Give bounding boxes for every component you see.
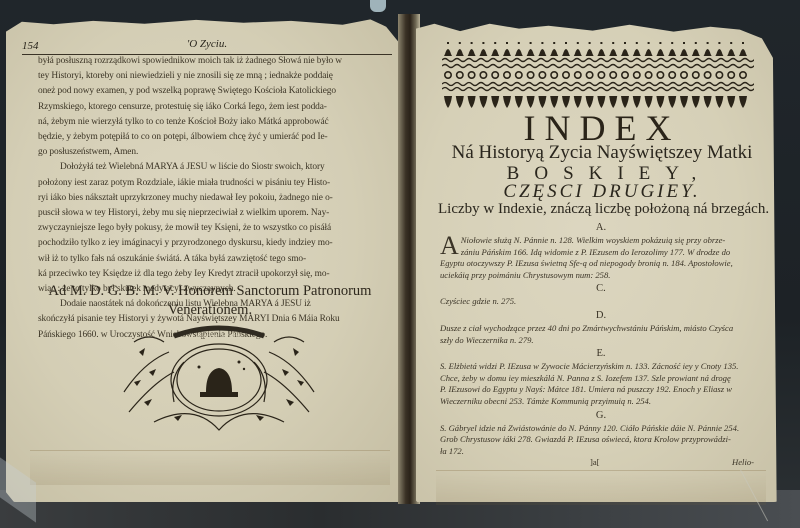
index-entry-line: ła 172. <box>440 446 762 458</box>
index-section: ANiołowie służą N. Pánnie n. 128. Wielki… <box>440 235 762 281</box>
index-section: Dusze z ciał wychodzące przez 40 dni po … <box>440 323 762 346</box>
index-entry-line: Wieczerniku obecni 253. Támże Kommunią p… <box>440 396 762 408</box>
index-entry-line: Czyściec gdzie n. 275. <box>440 296 762 308</box>
running-head: 154 'O Zyciu. <box>22 40 392 55</box>
dedication-line: Ad M. D. G. B. M. V. Honorem Sanctorum P… <box>30 282 390 301</box>
woodcut-vignette: sis. aegrisq. laboris <box>114 322 324 434</box>
water-stain <box>436 470 766 505</box>
index-entry-line: zániu Páńskim 166. Idą widomie z P. IEzu… <box>461 247 762 259</box>
page-footer: ]a[ Helio- <box>440 457 762 469</box>
text-line: zwyczayniejsze Iego były pokusy, że mowi… <box>38 221 390 236</box>
text-line: wił iż to tylko fałs ná oszukánie świátá… <box>38 252 390 267</box>
index-letter-heading: D. <box>440 308 762 323</box>
text-line: byłá posłuszną rozrządkowi spowiednikow … <box>38 54 390 69</box>
text-line: ná, żebym nie wierzyłá tylko to co tenże… <box>38 115 390 130</box>
index-entry-line: Chce, żeby w domu iey mieszkálá N. Panna… <box>440 373 762 385</box>
index-entry-line: S. Elżbietá widzi P. IEzusa w Zywocie Má… <box>440 361 762 373</box>
index-entry-line: szły do Wieczernika n. 279. <box>440 335 762 347</box>
index-letter-heading: E. <box>440 346 762 361</box>
index-letter-heading: G. <box>440 408 762 423</box>
index-section: S. Elżbietá widzi P. IEzusa w Zywocie Má… <box>440 361 762 407</box>
index-entry-line: uciekáią przy poimániu Chrystusowym num:… <box>440 270 762 282</box>
drop-cap: A <box>440 235 459 257</box>
printers-ornament-band <box>442 42 754 110</box>
text-line: położony iest zaraz potym Rozdziale, iák… <box>38 176 390 191</box>
text-line: puscił słowa w tey Historyi, żeby mu się… <box>38 206 390 221</box>
index-entries: A.ANiołowie służą N. Pánnie n. 128. Wiel… <box>440 220 762 457</box>
running-head-title: 'O Zyciu. <box>22 38 392 50</box>
index-entry-line: S. Gábryel idzie ná Zwiástowánie do N. P… <box>440 423 762 435</box>
index-entry-line: Grob Chrystusow iáki 278. Gwiazdá P. IEz… <box>440 434 762 446</box>
index-subtitle: Ná Historyą Zycia Nayświętszey Matki <box>436 142 768 164</box>
index-body: A.ANiołowie służą N. Pánnie n. 128. Wiel… <box>440 220 762 469</box>
paper-tab <box>370 0 386 12</box>
index-title: INDEX <box>440 110 764 146</box>
text-line: będzie, y żebym potępiłá to co on potępi… <box>38 130 390 145</box>
index-letter-heading: C. <box>440 281 762 296</box>
index-entry-line: Dusze z ciał wychodzące przez 40 dni po … <box>440 323 762 335</box>
index-entry-line: P. IEzusowi do Egyptu y Nayś: Mátce 181.… <box>440 384 762 396</box>
index-subtitle: Liczby w Indexie, znáczą liczbę położoną… <box>438 199 768 219</box>
paragraph-1: byłá posłuszną rozrządkowi spowiednikow … <box>38 54 390 160</box>
index-section: S. Gábryel idzie ná Zwiástowánie do N. P… <box>440 423 762 458</box>
index-entry-line: Egyptu otoczywszy P. IEzusa świetną Sfe-… <box>440 258 762 270</box>
index-entry-line: Niołowie służą N. Pánnie n. 128. Wielkim… <box>461 235 762 247</box>
svg-text:sis. aegrisq. laboris: sis. aegrisq. laboris <box>186 332 242 340</box>
paragraph-2: Dołożyłá też Wielebná MARYA á JESU w liś… <box>38 160 390 297</box>
index-section: Czyściec gdzie n. 275. <box>440 296 762 308</box>
water-stain <box>30 450 390 485</box>
dedication-line: Venerationem. <box>30 301 390 320</box>
text-line: Dołożyłá też Wielebná MARYA á JESU w liś… <box>38 160 390 175</box>
text-line: oneż pod nowy examen, y pod wszelką popr… <box>38 84 390 99</box>
text-line: pochodziło tylko z iey imáginacyi y przy… <box>38 236 390 251</box>
signature-mark: ]a[ <box>590 457 600 469</box>
text-line: ká przeciwko tey Księdze iż dla tego żeb… <box>38 267 390 282</box>
text-line: Rzymskiego, ktorego censurze, protestuię… <box>38 100 390 115</box>
text-line: tey Historyi, ktoreby oni niewiedzieli y… <box>38 69 390 84</box>
dedication: Ad M. D. G. B. M. V. Honorem Sanctorum P… <box>30 282 390 320</box>
text-line: ryi iáko bies nákształt uprzykrzoney muc… <box>38 191 390 206</box>
text-line: go posłuszeństwem, Amen. <box>38 145 390 160</box>
index-letter-heading: A. <box>440 220 762 235</box>
